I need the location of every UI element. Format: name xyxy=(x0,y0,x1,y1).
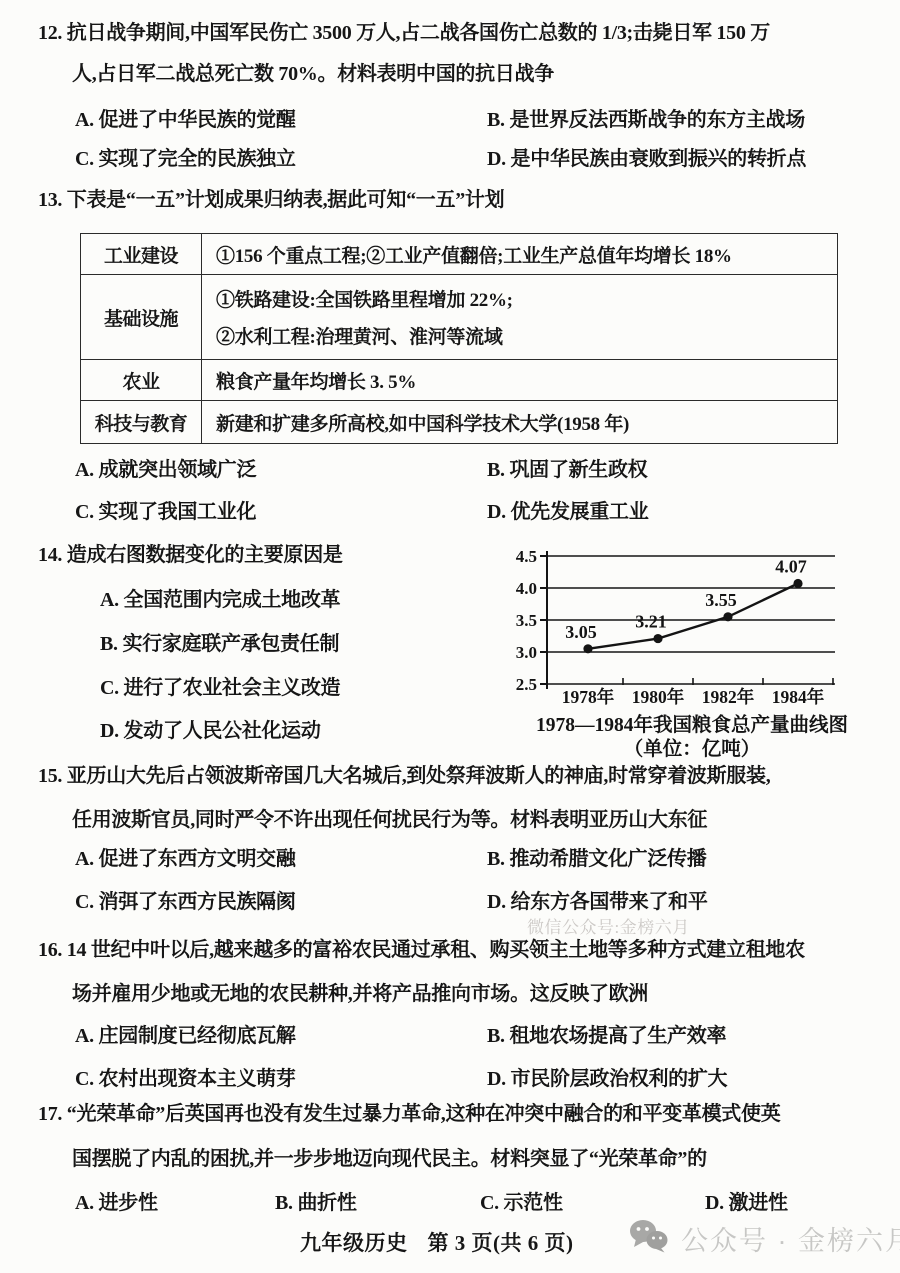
q17-line-2: 国摆脱了内乱的困扰,并一步步地迈向现代民主。材料突显了“光荣革命”的 xyxy=(72,1145,707,1173)
q12-line-2: 人,占日军二战总死亡数 70%。材料表明中国的抗日战争 xyxy=(72,60,554,88)
table-cell-text: ①铁路建设:全国铁路里程增加 22%; xyxy=(216,285,837,312)
chart-canvas: 4.54.03.53.02.53.053.213.554.071978年1980… xyxy=(514,543,886,765)
q15-line-1: 15. 亚历山大先后占领波斯帝国几大名城后,到处祭拜波斯人的神庙,时常穿着波斯服… xyxy=(38,762,770,790)
q14-stem: 14. 造成右图数据变化的主要原因是 xyxy=(38,541,343,569)
svg-text:3.0: 3.0 xyxy=(516,643,537,662)
svg-text:4.07: 4.07 xyxy=(775,557,807,577)
q15-option-a: A. 促进了东西方文明交融 xyxy=(75,845,296,873)
table-cell-text: 新建和扩建多所高校,如中国科学技术大学(1958 年) xyxy=(216,409,837,436)
table-row-industry: 工业建设 ①156 个重点工程;②工业产值翻倍;工业生产总值年均增长 18% xyxy=(81,234,837,274)
svg-text:1982年: 1982年 xyxy=(702,687,755,707)
q16-option-b: B. 租地农场提高了生产效率 xyxy=(487,1022,726,1050)
q13-option-c: C. 实现了我国工业化 xyxy=(75,498,256,526)
wechat-icon xyxy=(629,1219,669,1258)
q14-option-b: B. 实行家庭联产承包责任制 xyxy=(100,630,339,658)
table-row-label: 农业 xyxy=(81,360,202,400)
svg-text:3.21: 3.21 xyxy=(635,612,667,632)
q15-line-2: 任用波斯官员,同时严令不许出现任何扰民行为等。材料表明亚历山大东征 xyxy=(72,806,707,834)
table-cell-text: ①156 个重点工程;②工业产值翻倍;工业生产总值年均增长 18% xyxy=(216,241,837,268)
q17-option-d: D. 激进性 xyxy=(705,1189,788,1217)
q14-option-d: D. 发动了人民公社化运动 xyxy=(100,717,321,745)
q13-option-a: A. 成就突出领域广泛 xyxy=(75,456,256,484)
svg-text:4.0: 4.0 xyxy=(516,579,537,598)
q13-option-b: B. 巩固了新生政权 xyxy=(487,456,647,484)
footer-subject: 九年级历史 xyxy=(300,1227,408,1257)
svg-text:4.5: 4.5 xyxy=(516,547,537,566)
table-cell-text: 粮食产量年均增长 3. 5% xyxy=(216,367,837,394)
q16-line-2: 场并雇用少地或无地的农民耕种,并将产品推向市场。这反映了欧洲 xyxy=(72,980,648,1008)
table-cell-text: ②水利工程:治理黄河、淮河等流域 xyxy=(216,322,837,349)
table-row-science-education: 科技与教育 新建和扩建多所高校,如中国科学技术大学(1958 年) xyxy=(81,400,837,443)
grain-output-line-chart: 4.54.03.53.02.53.053.213.554.071978年1980… xyxy=(514,543,886,765)
wechat-account-label: 公众号 · 金榜六月 xyxy=(681,1226,900,1256)
q15-option-b: B. 推动希腊文化广泛传播 xyxy=(487,845,706,873)
q16-line-1: 16. 14 世纪中叶以后,越来越多的富裕农民通过承租、购买领主土地等多种方式建… xyxy=(38,936,805,964)
q13-stem: 13. 下表是“一五”计划成果归纳表,据此可知“一五”计划 xyxy=(38,186,504,214)
q12-option-d: D. 是中华民族由衰败到振兴的转折点 xyxy=(487,145,806,173)
footer-wechat-badge: 公众号 · 金榜六月 xyxy=(629,1219,900,1258)
q16-option-a: A. 庄园制度已经彻底瓦解 xyxy=(75,1022,296,1050)
table-row-label: 基础设施 xyxy=(81,275,202,359)
q12-option-b: B. 是世界反法西斯战争的东方主战场 xyxy=(487,106,805,134)
q16-option-c: C. 农村出现资本主义萌芽 xyxy=(75,1065,296,1093)
q15-option-d: D. 给东方各国带来了和平 xyxy=(487,888,708,916)
q12-option-a: A. 促进了中华民族的觉醒 xyxy=(75,106,296,134)
svg-text:1984年: 1984年 xyxy=(772,687,825,707)
svg-text:1978年: 1978年 xyxy=(562,687,615,707)
svg-text:3.55: 3.55 xyxy=(705,590,737,610)
q15-option-c: C. 消弭了东西方民族隔阂 xyxy=(75,888,296,916)
q12-line-1: 12. 抗日战争期间,中国军民伤亡 3500 万人,占二战各国伤亡总数的 1/3… xyxy=(38,19,770,47)
footer-page-info: 九年级历史 第 3 页(共 6 页) xyxy=(300,1227,574,1257)
svg-text:3.05: 3.05 xyxy=(565,622,597,642)
exam-page: 12. 抗日战争期间,中国军民伤亡 3500 万人,占二战各国伤亡总数的 1/3… xyxy=(0,0,900,1273)
q17-option-c: C. 示范性 xyxy=(480,1189,563,1217)
q14-option-a: A. 全国范围内完成土地改革 xyxy=(100,586,340,614)
table-row-infrastructure: 基础设施 ①铁路建设:全国铁路里程增加 22%; ②水利工程:治理黄河、淮河等流… xyxy=(81,274,837,359)
table-row-label: 科技与教育 xyxy=(81,401,202,443)
watermark-wechat-account: 微信公众号:金榜六月 xyxy=(527,913,690,938)
q13-option-d: D. 优先发展重工业 xyxy=(487,498,648,526)
table-row-label: 工业建设 xyxy=(81,234,202,274)
q16-option-d: D. 市民阶层政治权利的扩大 xyxy=(487,1065,727,1093)
svg-text:1978—1984年我国粮食总产量曲线图: 1978—1984年我国粮食总产量曲线图 xyxy=(536,713,848,736)
svg-text:1980年: 1980年 xyxy=(632,687,685,707)
q12-option-c: C. 实现了完全的民族独立 xyxy=(75,145,296,173)
svg-text:3.5: 3.5 xyxy=(516,611,537,630)
q13-table: 工业建设 ①156 个重点工程;②工业产值翻倍;工业生产总值年均增长 18% 基… xyxy=(80,233,838,444)
q17-option-b: B. 曲折性 xyxy=(275,1189,357,1217)
table-row-agriculture: 农业 粮食产量年均增长 3. 5% xyxy=(81,359,837,400)
svg-text:（单位：亿吨）: （单位：亿吨） xyxy=(624,737,761,760)
q17-option-a: A. 进步性 xyxy=(75,1189,158,1217)
footer-page-number: 第 3 页(共 6 页) xyxy=(428,1227,574,1257)
svg-text:2.5: 2.5 xyxy=(516,675,537,694)
q17-line-1: 17. “光荣革命”后英国再也没有发生过暴力革命,这种在冲突中融合的和平变革模式… xyxy=(38,1100,780,1128)
q14-option-c: C. 进行了农业社会主义改造 xyxy=(100,674,340,702)
